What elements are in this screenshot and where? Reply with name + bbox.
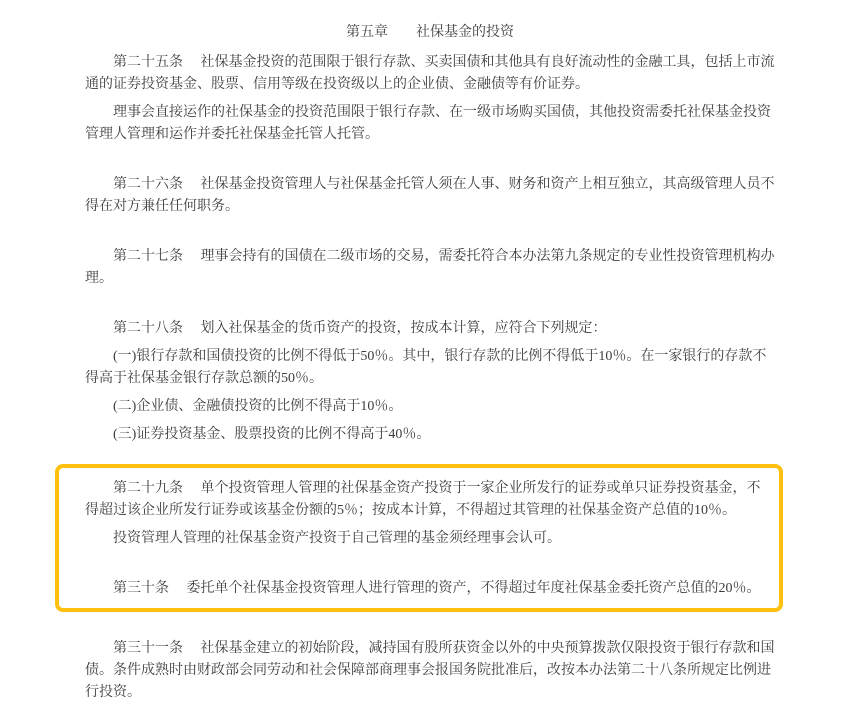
article-28-item-1: (一)银行存款和国债投资的比例不得低于50％。其中，银行存款的比例不得低于10％… bbox=[85, 346, 775, 390]
document-body: 第五章 社保基金的投资 第二十五条 社保基金投资的范围限于银行存款、买卖国债和其… bbox=[85, 0, 775, 704]
article-28-item-2: (二)企业债、金融债投资的比例不得高于10％。 bbox=[85, 396, 775, 418]
article-28-intro: 第二十八条 划入社保基金的货币资产的投资，按成本计算，应符合下列规定： bbox=[85, 318, 775, 340]
article-28-item-3: (三)证券投资基金、股票投资的比例不得高于40％。 bbox=[85, 424, 775, 446]
article-25-text: 第二十五条 社保基金投资的范围限于银行存款、买卖国债和其他具有良好流动性的金融工… bbox=[85, 52, 775, 96]
article-30-text: 第三十条 委托单个社保基金投资管理人进行管理的资产，不得超过年度社保基金委托资产… bbox=[85, 578, 770, 600]
chapter-title: 第五章 社保基金的投资 bbox=[85, 22, 775, 44]
article-29-text: 第二十九条 单个投资管理人管理的社保基金资产投资于一家企业所发行的证券或单只证券… bbox=[85, 478, 770, 522]
article-26-text: 第二十六条 社保基金投资管理人与社保基金托管人须在人事、财务和资产上相互独立，其… bbox=[85, 174, 775, 218]
article-31-text: 第三十一条 社保基金建立的初始阶段，减持国有股所获资金以外的中央预算拨款仅限投资… bbox=[85, 638, 775, 704]
article-25-supplement: 理事会直接运作的社保基金的投资范围限于银行存款、在一级市场购买国债，其他投资需委… bbox=[85, 102, 775, 146]
highlight-annotation-box: 第二十九条 单个投资管理人管理的社保基金资产投资于一家企业所发行的证券或单只证券… bbox=[55, 464, 783, 612]
article-27-text: 第二十七条 理事会持有的国债在二级市场的交易，需委托符合本办法第九条规定的专业性… bbox=[85, 246, 775, 290]
article-29-supplement: 投资管理人管理的社保基金资产投资于自己管理的基金须经理事会认可。 bbox=[85, 528, 770, 550]
